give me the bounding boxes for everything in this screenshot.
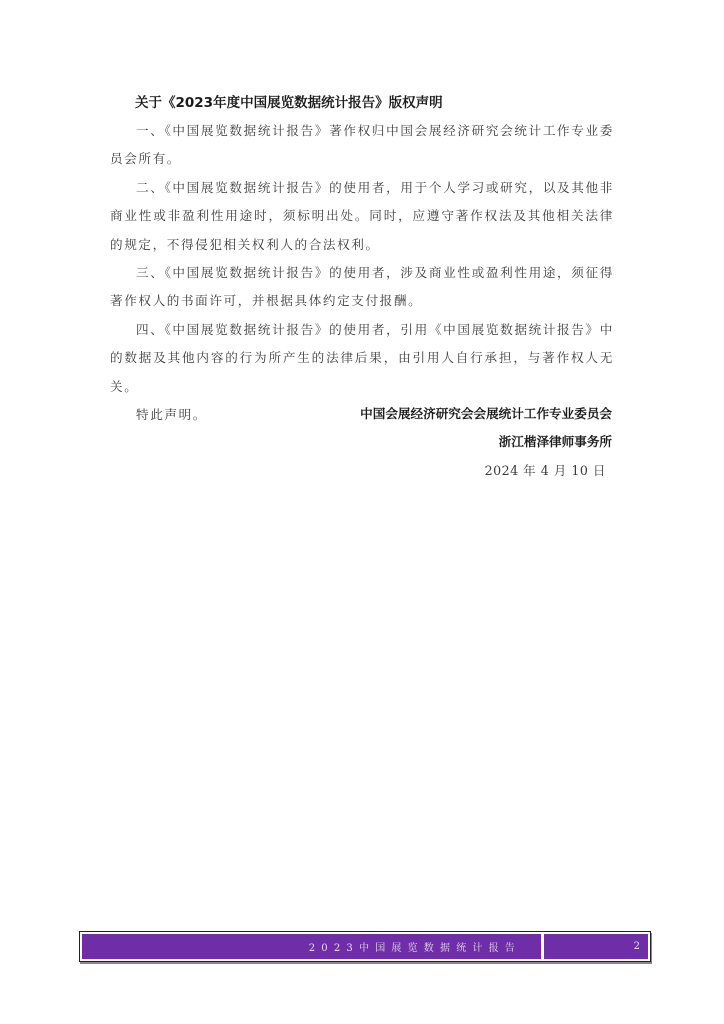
footer-page-number: 2 xyxy=(544,934,648,959)
paragraph-4: 四、《中国展览数据统计报告》的使用者，引用《中国展览数据统计报告》中的数据及其他… xyxy=(110,316,614,401)
footer-bar: 2023中国展览数据统计报告 2 xyxy=(82,934,648,959)
statement-body: 一、《中国展览数据统计报告》著作权归中国会展经济研究会统计工作专业委员会所有。 … xyxy=(110,117,614,429)
footer-report-title: 2023中国展览数据统计报告 xyxy=(82,934,541,959)
signature-organization: 中国会展经济研究会会展统计工作专业委员会 xyxy=(360,403,612,422)
page-footer: 2023中国展览数据统计报告 2 xyxy=(79,931,651,962)
page-title: 关于《2023年度中国展览数据统计报告》版权声明 xyxy=(135,91,443,111)
signature-date: 2024 年 4 月 10 日 xyxy=(485,460,606,479)
signature-law-firm: 浙江楷泽律师事务所 xyxy=(499,431,612,450)
paragraph-1: 一、《中国展览数据统计报告》著作权归中国会展经济研究会统计工作专业委员会所有。 xyxy=(110,117,614,174)
paragraph-2: 二、《中国展览数据统计报告》的使用者，用于个人学习或研究，以及其他非商业性或非盈… xyxy=(110,174,614,259)
paragraph-3: 三、《中国展览数据统计报告》的使用者，涉及商业性或盈利性用途，须征得著作权人的书… xyxy=(110,259,614,316)
document-page: 关于《2023年度中国展览数据统计报告》版权声明 一、《中国展览数据统计报告》著… xyxy=(0,0,724,1024)
